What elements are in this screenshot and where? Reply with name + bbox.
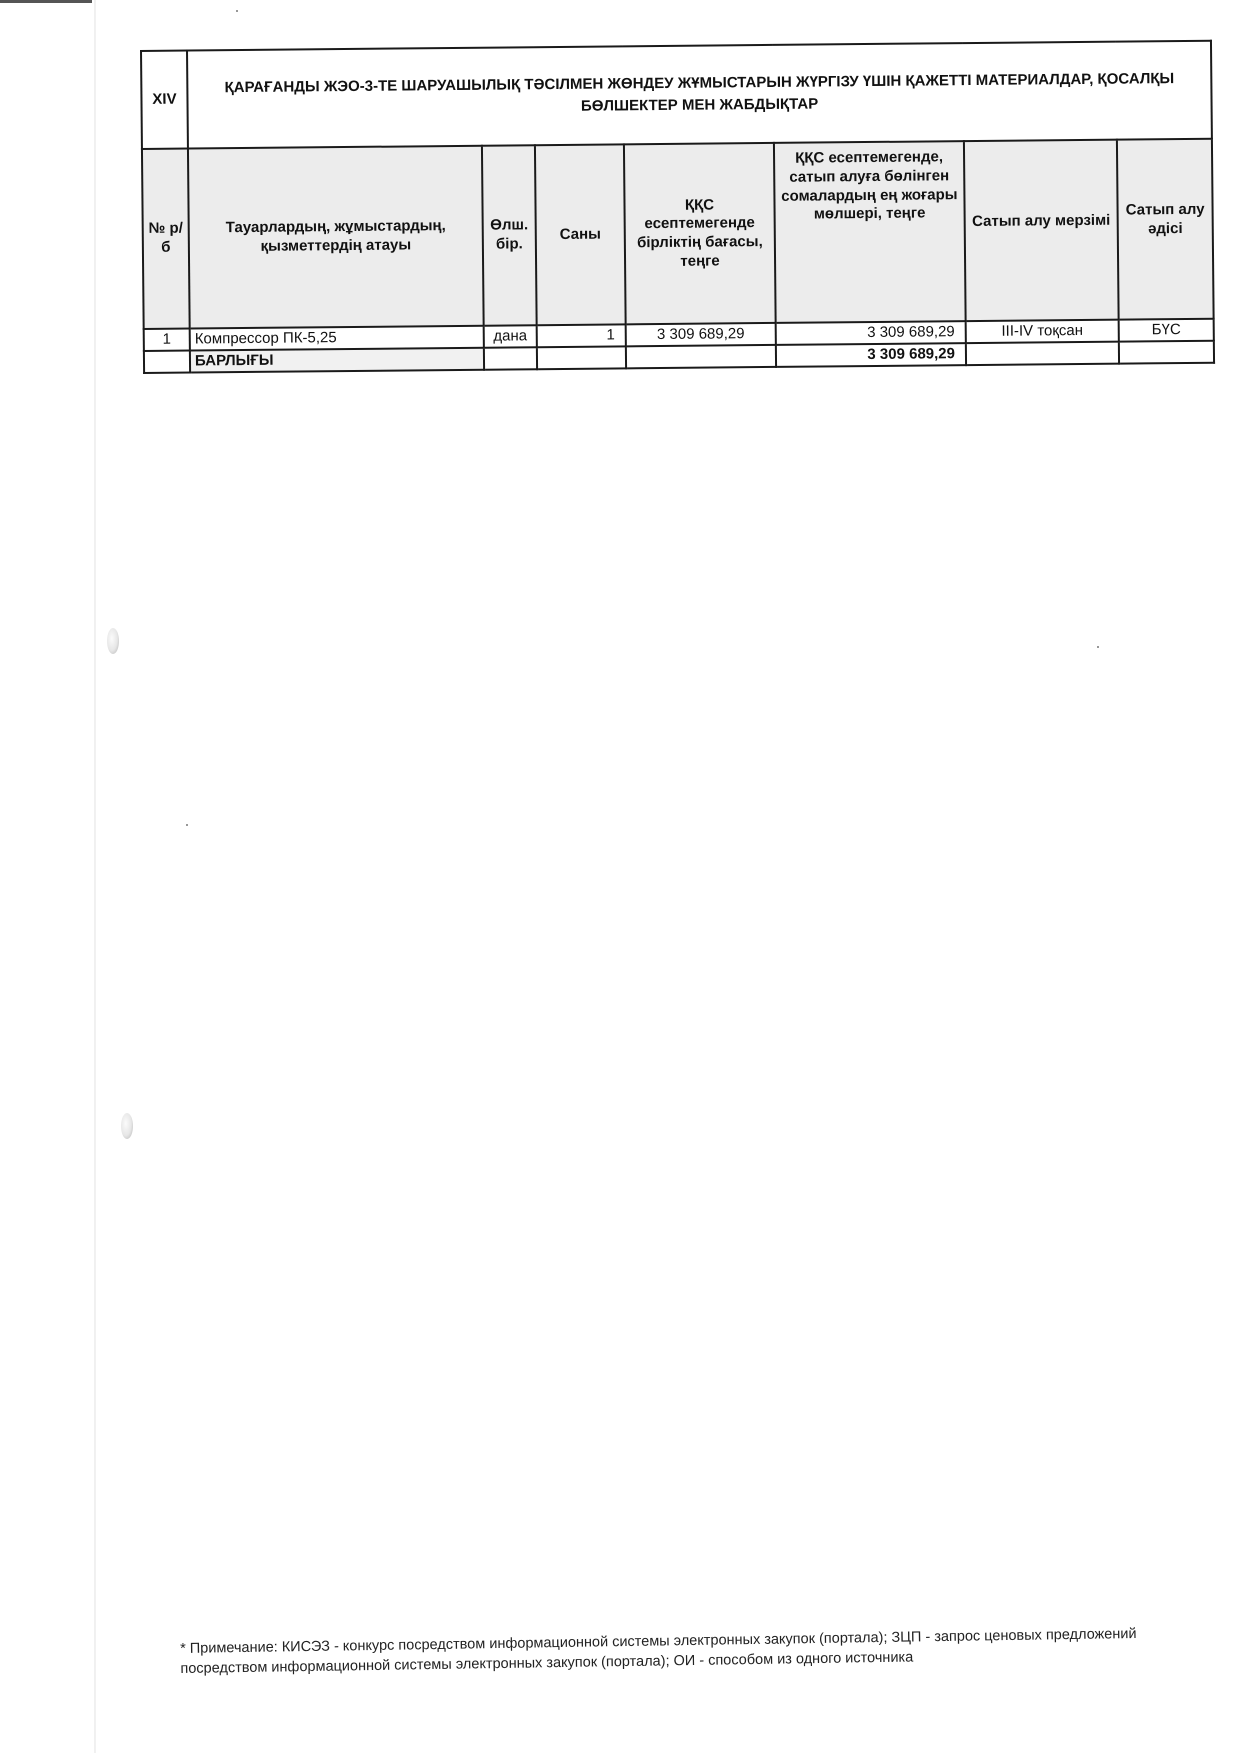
header-name: Тауарлардың, жұмыстардың, қызметтердің а… xyxy=(188,146,484,329)
total-empty-cell xyxy=(966,342,1119,365)
header-period: Сатып алу мерзімі xyxy=(964,140,1119,321)
scan-speck xyxy=(186,824,188,826)
total-empty-cell xyxy=(144,351,190,373)
total-empty-cell xyxy=(537,346,626,369)
procurement-table: XIV ҚАРАҒАНДЫ ЖЭО-3-ТЕ ШАРУАШЫЛЫҚ ТӘСІЛМ… xyxy=(140,40,1215,374)
total-max-amount: 3 309 689,29 xyxy=(776,343,966,367)
header-quantity: Саны xyxy=(535,144,626,325)
header-max-amount: ҚҚС есептемегенде, сатып алуға бөлінген … xyxy=(774,141,966,323)
scan-top-edge xyxy=(0,0,92,3)
header-unit-price: ҚҚС есептемегенде бірліктің бағасы, теңг… xyxy=(624,143,776,324)
row-unit: дана xyxy=(484,325,537,348)
header-method: Сатып алу әдісі xyxy=(1117,139,1214,320)
procurement-table-container: XIV ҚАРАҒАНДЫ ЖЭО-3-ТЕ ШАРУАШЫЛЫҚ ТӘСІЛМ… xyxy=(140,40,1213,374)
row-quantity: 1 xyxy=(537,324,626,347)
scan-speck xyxy=(236,10,238,12)
row-name: Компрессор ПК-5,25 xyxy=(190,326,484,351)
section-number: XIV xyxy=(141,51,188,149)
row-number: 1 xyxy=(144,329,190,351)
total-empty-cell xyxy=(1119,341,1214,364)
total-empty-cell xyxy=(626,345,776,368)
scan-speck xyxy=(1097,646,1099,648)
total-label: БАРЛЫҒЫ xyxy=(190,348,484,373)
row-method: БҮС xyxy=(1119,319,1214,342)
section-title: ҚАРАҒАНДЫ ЖЭО-3-ТЕ ШАРУАШЫЛЫҚ ТӘСІЛМЕН Ж… xyxy=(187,41,1212,149)
total-empty-cell xyxy=(484,347,537,370)
row-unit-price: 3 309 689,29 xyxy=(626,323,776,346)
section-title-row: XIV ҚАРАҒАНДЫ ЖЭО-3-ТЕ ШАРУАШЫЛЫҚ ТӘСІЛМ… xyxy=(141,41,1212,149)
page-fold-line xyxy=(94,0,96,1753)
punch-hole-mark xyxy=(107,628,119,654)
punch-hole-mark xyxy=(121,1113,133,1139)
table-header-row: № р/б Тауарлардың, жұмыстардың, қызметте… xyxy=(142,139,1214,329)
header-unit: Өлш. бір. xyxy=(482,145,537,326)
row-max-amount: 3 309 689,29 xyxy=(776,321,966,345)
row-period: III-IV тоқсан xyxy=(966,320,1119,343)
header-number: № р/б xyxy=(142,149,190,329)
footnote-note: * Примечание: КИСЭЗ - конкурс посредство… xyxy=(180,1625,1160,1680)
